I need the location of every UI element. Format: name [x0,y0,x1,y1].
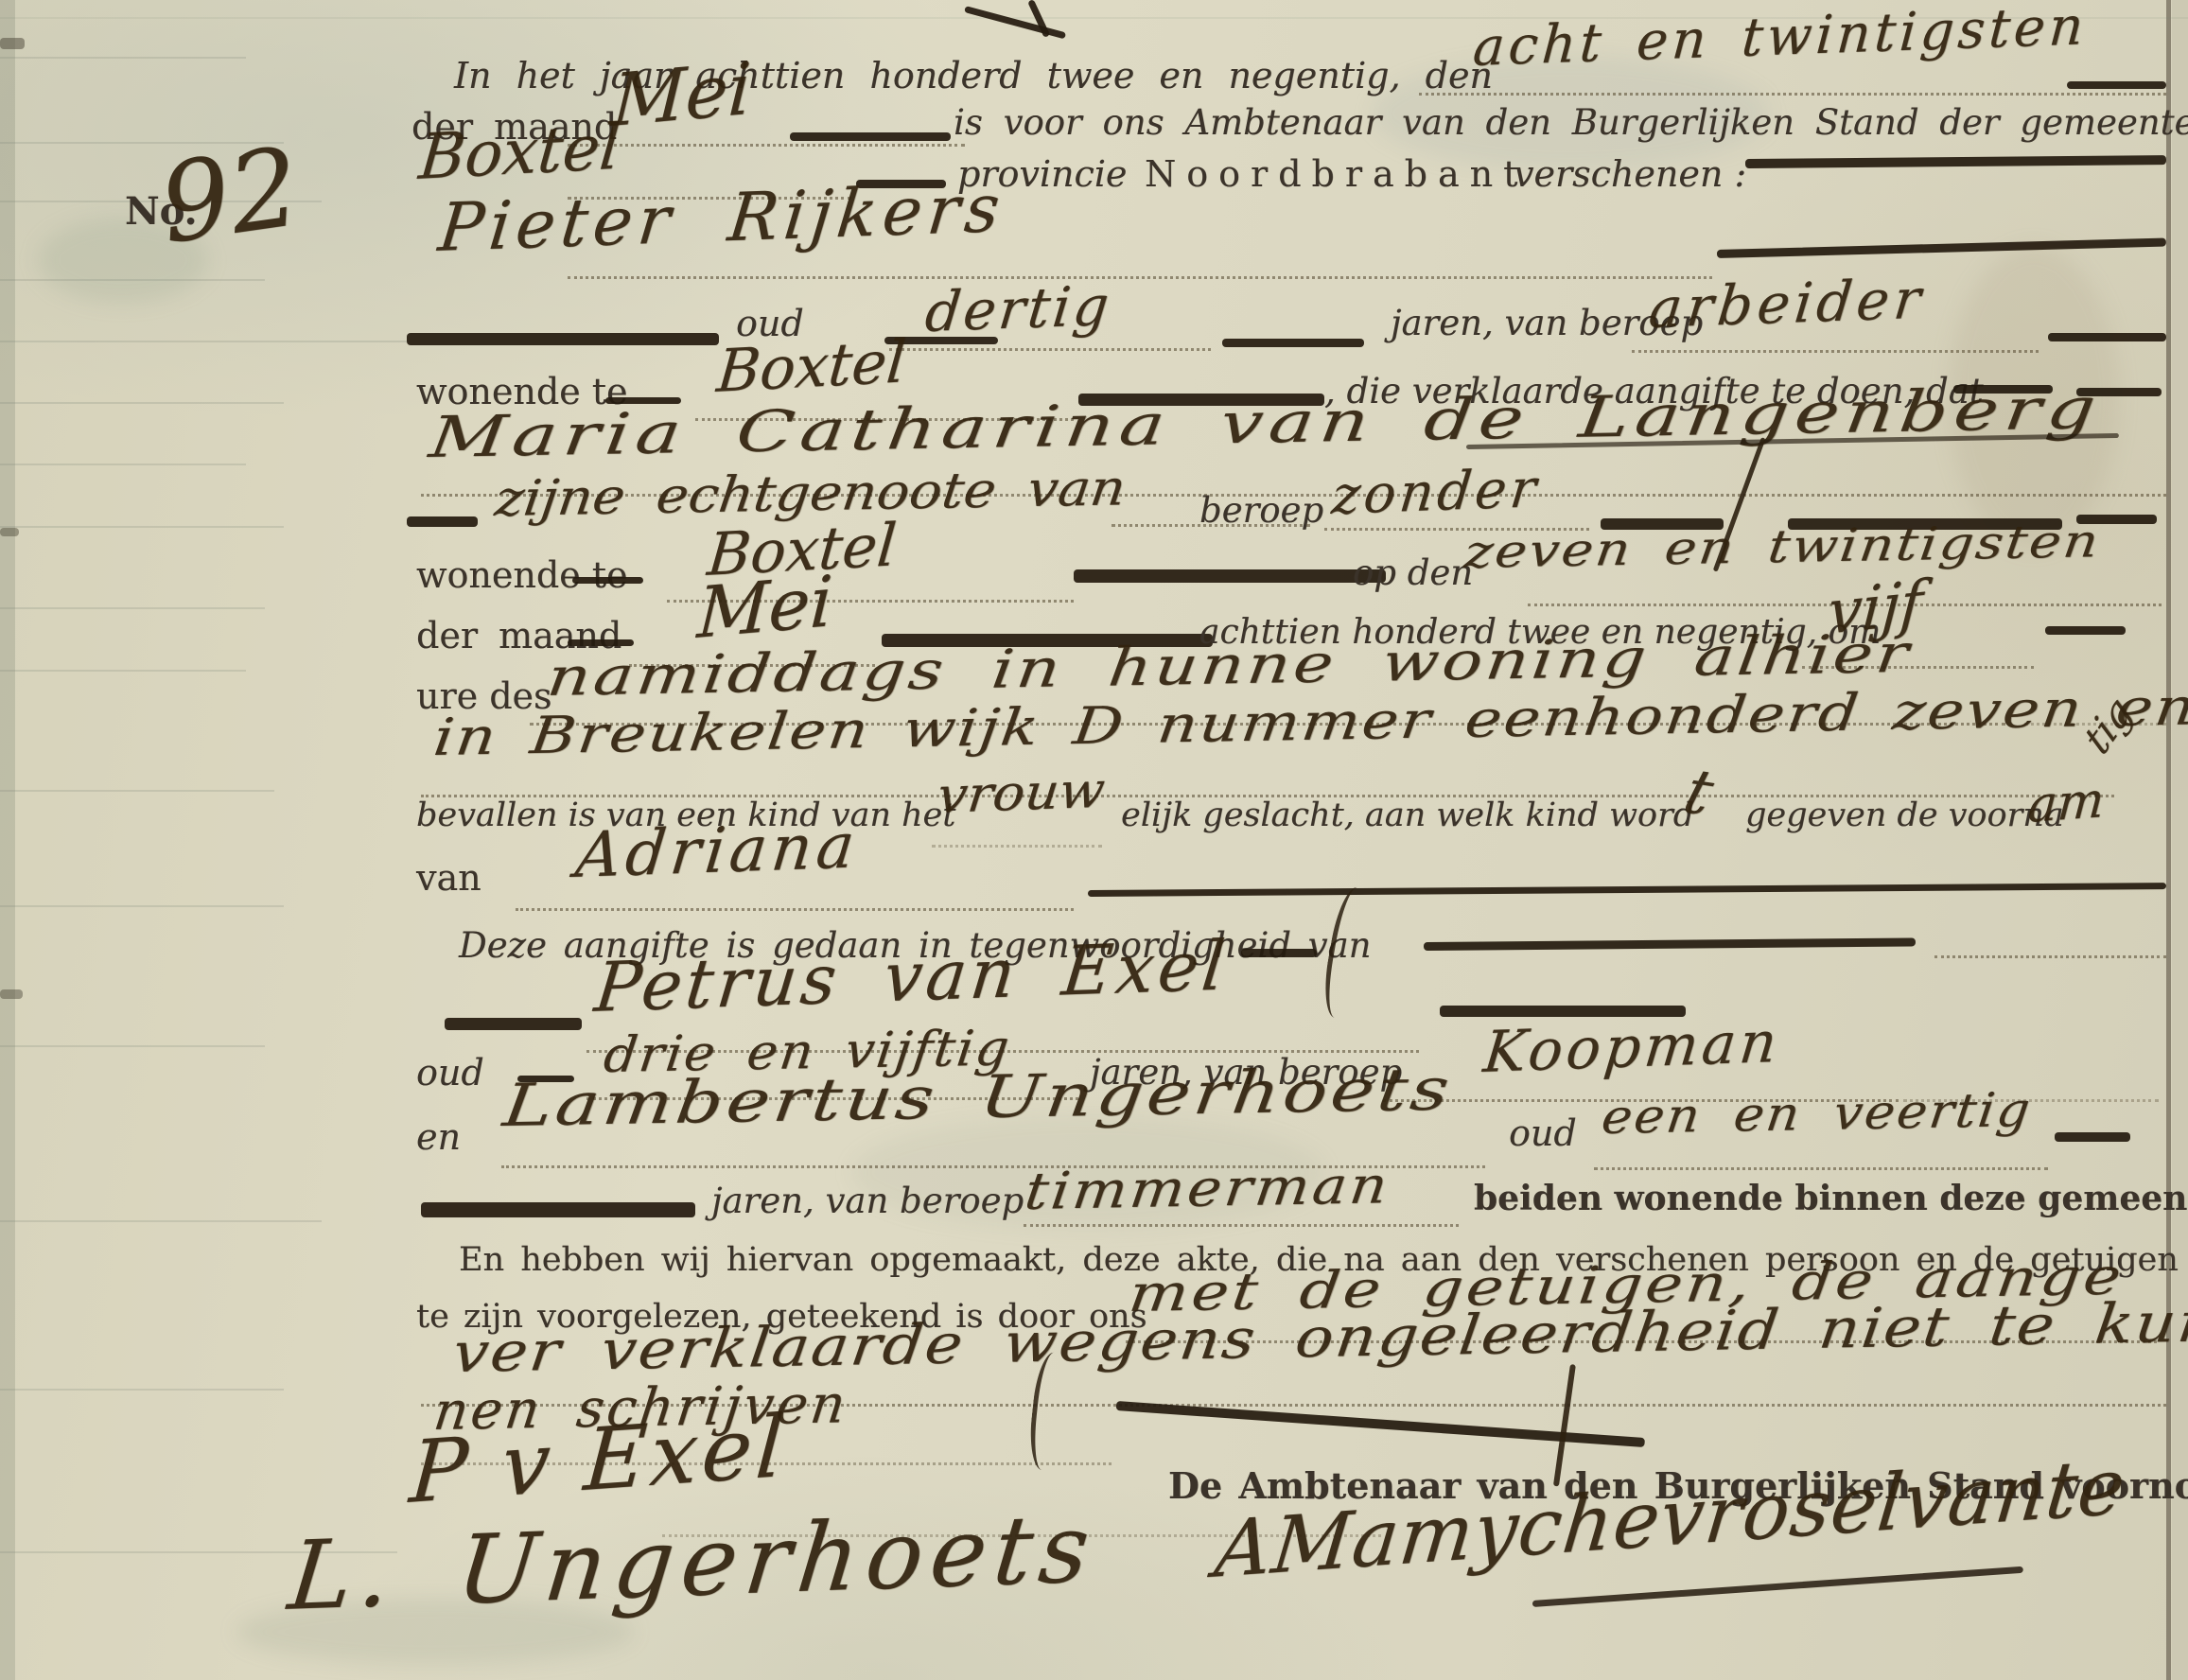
ink-dash [2067,81,2166,89]
fill-line [1024,1224,1459,1227]
hw-mother-occupation: zonder [1329,458,1543,527]
form-age-label-2: oud [416,1052,484,1094]
bleed-line [0,905,284,907]
bleed-line [0,670,246,672]
form-residence-label-2: wonende te [416,554,628,596]
ink-dash [1424,937,1916,951]
left-edge-mark [0,528,19,536]
act-number-value: 92 [152,124,307,269]
fill-line [516,908,1074,911]
fill-line [1934,955,2166,958]
page-top-flourish [964,6,1066,39]
ink-dash [1241,949,1317,957]
hw-birth-month: Mei [695,561,834,655]
ink-dash [1074,569,1386,583]
left-edge-mark [0,38,25,49]
fill-line [1419,93,2166,96]
bleed-line [0,1389,284,1391]
signature-underline-flourish [1532,1566,2023,1607]
bleed-line [0,790,274,792]
hw-mother-name: Maria Catharina van de Langenberg [426,376,2105,471]
left-edge-mark [0,989,23,999]
right-page-fold-line [2166,0,2171,1680]
birth-certificate-page: No. 92 In het jaar achttien honderd twee… [0,0,2188,1680]
hw-name-suffix: am [2026,772,2106,834]
fill-line [568,144,965,147]
hw-day-ordinal: acht en twintigsten [1471,0,2089,79]
ink-dash [2055,1132,2130,1142]
bleed-line [0,1220,322,1222]
hw-witness1-occupation: Koopman [1480,1009,1783,1086]
bleed-line [0,1045,265,1047]
left-page-edge-shading [0,0,15,1680]
hw-father-occupation: arbeider [1646,267,1928,341]
ink-dash [407,333,719,345]
bleed-line [0,57,246,59]
bleed-line [0,279,265,281]
hw-municipality: Boxtel [416,110,623,194]
form-year-line: In het jaar achttien honderd twee en neg… [454,55,1493,96]
fill-line [1112,524,1310,527]
form-age-suffix-3: jaren, van beroep [711,1181,1024,1221]
form-both-residing: beiden wonende binnen deze gemeente. [1474,1179,2188,1218]
fill-line [1594,1167,2048,1170]
form-names-given: gegeven de voorna [1745,796,2064,834]
fill-line [889,348,1211,351]
ink-dash [1745,155,2166,168]
ink-dash [790,132,951,141]
bleed-line [0,402,284,404]
hw-witness2-age: een en veertig [1599,1082,2035,1145]
form-gender-suffix: elijk geslacht, aan welk kind word [1121,796,1694,834]
ink-dash [572,577,643,584]
hw-month: Mei [610,45,753,143]
fill-line [1632,350,2039,353]
bleed-line [0,526,284,528]
hw-birth-day: zeven en twintigsten [1462,515,2103,579]
hw-father-residence: Boxtel [714,326,908,406]
ink-long-line [1088,883,2166,897]
ink-dash [2045,626,2126,635]
form-age-label-3: oud [1509,1112,1577,1154]
fill-line [932,845,1102,848]
ink-dash [1717,238,2166,258]
hw-witness2-occupation: timmerman [1022,1155,1393,1221]
ink-dash [421,1202,695,1217]
bleed-line [0,464,246,465]
ink-dash [407,516,478,527]
bleed-line [0,607,265,609]
ink-dash [1222,339,1364,347]
form-province-name: Noordbrabant [1145,153,1528,195]
hw-child-name: Adriana [572,809,863,892]
form-of-label: van [416,857,481,899]
hw-gender: vrouw [935,762,1108,825]
form-and-label: en [416,1116,461,1158]
ink-dash [2048,333,2166,341]
fill-line [568,276,1712,279]
form-on-the: op den [1353,552,1473,593]
ink-dash [445,1018,582,1030]
form-registrar-line: is voor ons Ambtenaar van den Burgerlijk… [954,102,2188,143]
bleed-line [0,341,407,342]
right-page-edge-strip [2172,0,2188,1680]
form-appeared-label: verschenen : [1514,153,1746,195]
hw-inserted-t: t [1676,755,1722,829]
hw-father-age: dertig [922,273,1114,344]
